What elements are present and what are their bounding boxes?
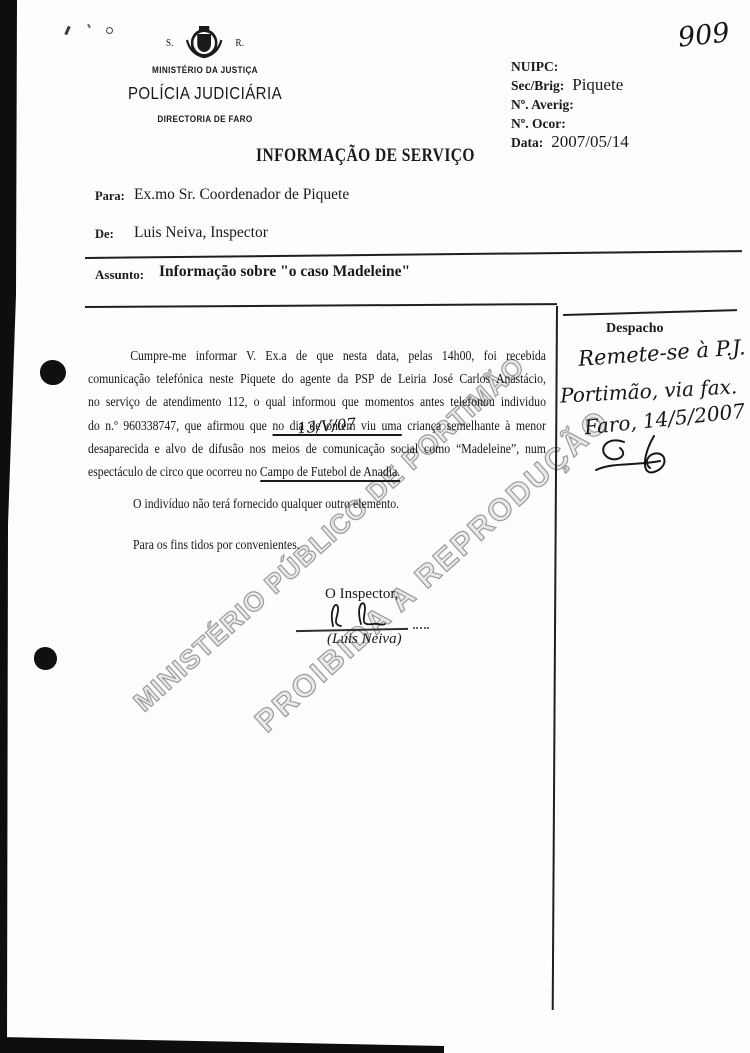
field-label: Nº. Averig:	[511, 97, 574, 112]
field-nuipc: NUIPC:	[511, 56, 629, 75]
coat-of-arms-icon	[185, 26, 225, 60]
body-paragraph: Cumpre-me informar V. Ex.a de que nesta …	[88, 344, 546, 483]
field-num-ocor: Nº. Ocor:	[511, 113, 629, 132]
scan-edge-artifact-bottom	[0, 1033, 444, 1053]
despacho-handwriting-line1: Remete-se à P.J.	[577, 335, 746, 371]
body-line: espectáculo de circo que ocorreu no Camp…	[88, 460, 546, 483]
body-text: espectáculo de circo que ocorreu no	[88, 464, 260, 479]
horizontal-rule-top	[85, 250, 742, 259]
horizontal-rule-bottom	[85, 303, 557, 308]
body-text: criança semelhante à menor	[402, 418, 546, 433]
body-line: desaparecida e alvo de difusão nos meios…	[88, 437, 546, 460]
body-text: desaparecida e alvo de difusão nos meios…	[88, 441, 546, 456]
assunto-value: Informação sobre "o caso Madeleine"	[159, 263, 410, 281]
document-title: INFORMAÇÃO DE SERVIÇO	[256, 146, 475, 167]
hole-punch-mark	[34, 647, 57, 670]
body-line: Cumpre-me informar V. Ex.a de que nesta …	[88, 344, 546, 367]
inspector-signature	[317, 596, 401, 634]
scan-edge-artifact-left	[0, 0, 19, 1053]
pen-mark	[106, 27, 113, 34]
case-reference-block: NUIPC: Sec/Brig:Piquete Nº. Averig: Nº. …	[511, 56, 629, 151]
pen-mark	[64, 26, 70, 35]
para-value: Ex.mo Sr. Coordenador de Piquete	[134, 186, 349, 204]
body-text: no serviço de atendimento 112, o qual in…	[88, 394, 546, 409]
body-paragraph-2: O indivíduo não terá fornecido qualquer …	[133, 496, 399, 512]
field-label: Nº. Ocor:	[511, 116, 566, 131]
crest-row: S. R.	[110, 26, 299, 60]
despacho-box-top-rule	[563, 309, 737, 316]
de-value: Luis Neiva, Inspector	[134, 224, 268, 242]
handwritten-page-number: 909	[677, 17, 732, 53]
field-value: Piquete	[572, 75, 623, 94]
crest-letter-r: R.	[235, 37, 244, 49]
field-label: Sec/Brig:	[511, 78, 564, 93]
despacho-signature-flourish	[590, 426, 694, 486]
field-value: 2007/05/14	[551, 132, 628, 151]
field-data: Data:2007/05/14	[511, 132, 629, 151]
directorate-name: DIRECTORIA DE FARO	[110, 114, 299, 125]
field-label: Data:	[511, 135, 543, 150]
scanned-document-page: MINISTÉRIO PÚBLICO DE PORTIMÃO PROIBIDA …	[0, 0, 750, 1053]
letterhead: S. R. MINISTÉRIO DA JUSTIÇA POLÍCIA JUDI…	[110, 26, 299, 125]
organization-name: POLÍCIA JUDICIÁRIA	[110, 83, 299, 104]
field-label: NUIPC:	[511, 59, 558, 74]
body-text: comunicação telefónica neste Piquete do …	[88, 371, 546, 386]
body-text: do n.º 960338747, que afirmou que	[88, 418, 272, 433]
body-line: comunicação telefónica neste Piquete do …	[88, 367, 546, 390]
field-sec-brig: Sec/Brig:Piquete	[511, 75, 629, 94]
despacho-divider-line	[552, 306, 558, 1010]
pen-mark	[87, 24, 91, 28]
body-text: Cumpre-me informar V. Ex.a de que nesta …	[130, 348, 546, 363]
hand-underlined-phrase: Campo de Futebol de Anadia.	[260, 464, 400, 482]
para-label: Para:	[95, 189, 125, 204]
body-paragraph-3: Para os fins tidos por convenientes.	[133, 537, 300, 553]
ministry-name: MINISTÉRIO DA JUSTIÇA	[110, 65, 299, 76]
field-num-averig: Nº. Averig:	[511, 94, 629, 113]
assunto-label: Assunto:	[95, 267, 144, 283]
de-label: De:	[95, 227, 114, 242]
despacho-heading: Despacho	[606, 321, 664, 337]
crest-letter-s: S.	[166, 37, 174, 49]
signature-line-dots	[413, 627, 429, 629]
body-line: no serviço de atendimento 112, o qual in…	[88, 390, 546, 413]
hole-punch-mark	[40, 360, 66, 385]
